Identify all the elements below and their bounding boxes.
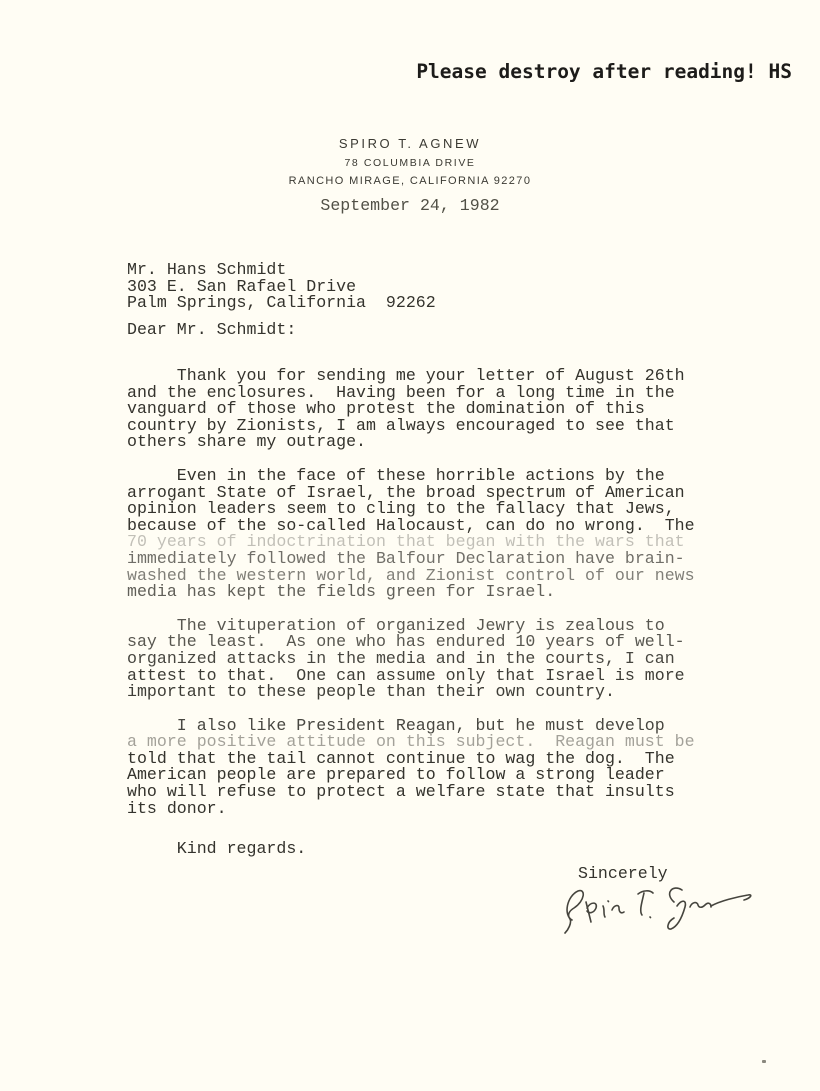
letterhead-address-line1: 78 COLUMBIA DRIVE xyxy=(0,157,820,169)
text-line: others share my outrage. xyxy=(127,434,695,451)
text-line: media has kept the fields green for Isra… xyxy=(127,584,695,601)
recipient-address-block: Mr. Hans Schmidt303 E. San Rafael DriveP… xyxy=(127,262,436,312)
text-line: Palm Springs, California 92262 xyxy=(127,295,436,312)
scan-speck xyxy=(762,1060,766,1063)
letter-body: Thank you for sending me your letter of … xyxy=(127,368,695,834)
salutation: Dear Mr. Schmidt: xyxy=(127,322,296,339)
text-line: important to these people than their own… xyxy=(127,684,695,701)
signature-icon xyxy=(558,880,758,942)
paragraph: Even in the face of these horrible actio… xyxy=(127,468,695,601)
text-line: organized attacks in the media and in th… xyxy=(127,651,695,668)
text-line: a more positive attitude on this subject… xyxy=(127,734,695,751)
paragraph: I also like President Reagan, but he mus… xyxy=(127,718,695,818)
destroy-note: Please destroy after reading! HS xyxy=(416,60,792,83)
closing-line: Kind regards. xyxy=(127,841,306,858)
text-line: its donor. xyxy=(127,801,695,818)
letterhead-name: SPIRO T. AGNEW xyxy=(0,136,820,151)
letter-date: September 24, 1982 xyxy=(0,196,820,215)
paragraph: The vituperation of organized Jewry is z… xyxy=(127,618,695,701)
letterhead-address-line2: RANCHO MIRAGE, CALIFORNIA 92270 xyxy=(0,175,820,187)
letter-page: Please destroy after reading! HS SPIRO T… xyxy=(0,0,820,1091)
paragraph: Thank you for sending me your letter of … xyxy=(127,368,695,451)
